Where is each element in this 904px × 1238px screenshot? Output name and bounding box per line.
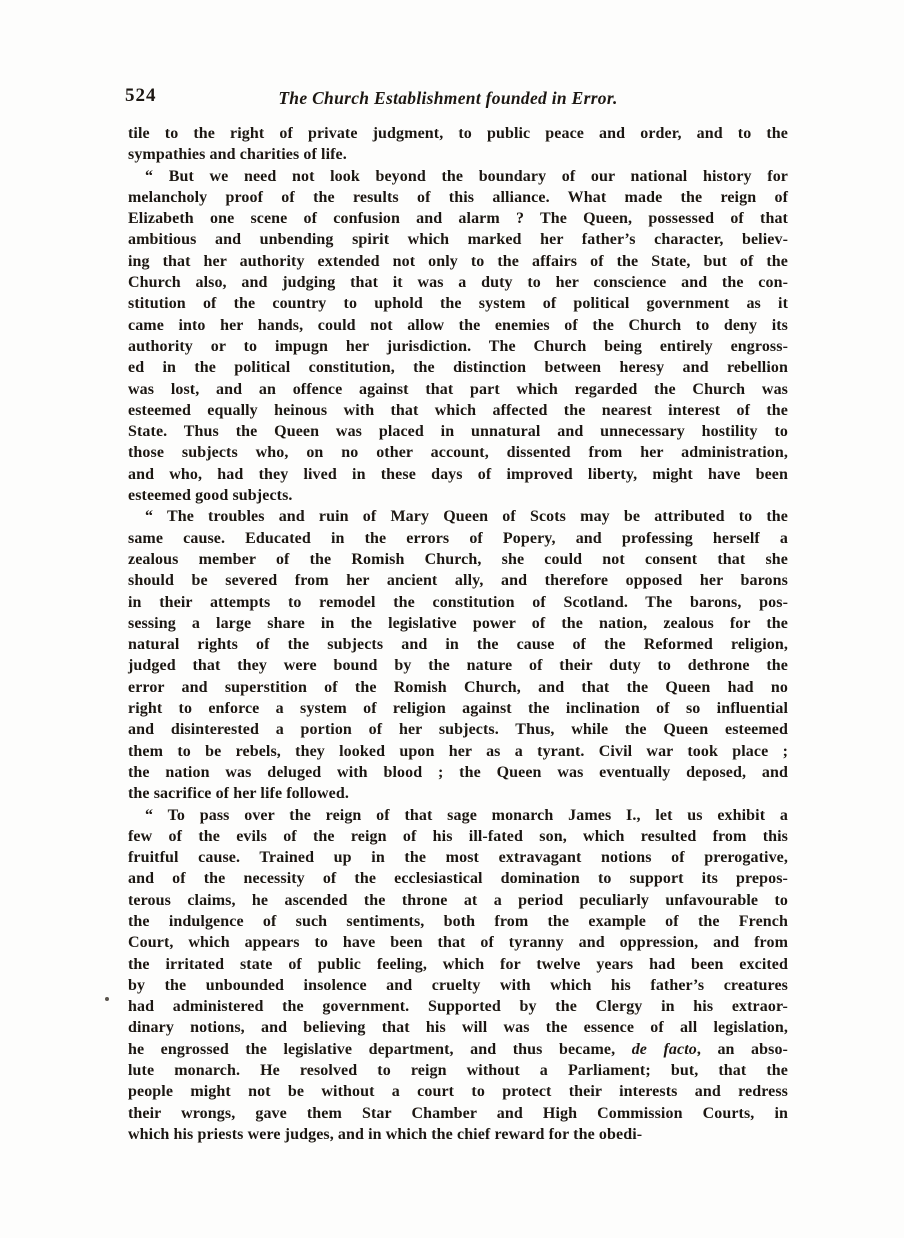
text-line: judged that they were bound by the natur… (128, 655, 788, 676)
text-line: was lost, and an offence against that pa… (128, 379, 788, 400)
text-segment: came into her hands, could not allow the… (128, 317, 788, 334)
text-line: and who, had they lived in these days of… (128, 464, 788, 485)
text-line: tile to the right of private judgment, t… (128, 123, 788, 144)
text-line: the indulgence of such sentiments, both … (128, 911, 788, 932)
text-segment: State. Thus the Queen was placed in unna… (128, 423, 788, 440)
text-line: sessing a large share in the legislative… (128, 613, 788, 634)
page-text: tile to the right of private judgment, t… (128, 123, 788, 1145)
text-line: zealous member of the Romish Church, she… (128, 549, 788, 570)
text-segment: the sacrifice of her life followed. (128, 785, 349, 802)
text-line: people might not be without a court to p… (128, 1081, 788, 1102)
text-segment: which his priests were judges, and in wh… (128, 1126, 642, 1143)
text-line: the sacrifice of her life followed. (128, 783, 788, 804)
text-line: he engrossed the legislative department,… (128, 1039, 788, 1060)
text-line: “ The troubles and ruin of Mary Queen of… (128, 506, 788, 527)
text-line: terous claims, he ascended the throne at… (128, 890, 788, 911)
italic-phrase: de facto (632, 1041, 697, 1058)
text-line: fruitful cause. Trained up in the most e… (128, 847, 788, 868)
text-line: and disinterested a portion of her subje… (128, 719, 788, 740)
text-segment: those subjects who, on no other account,… (128, 444, 788, 461)
text-segment: their wrongs, gave them Star Chamber and… (128, 1105, 788, 1122)
text-segment: few of the evils of the reign of his ill… (128, 828, 788, 845)
text-segment: sympathies and charities of life. (128, 146, 347, 163)
text-segment: and who, had they lived in these days of… (128, 466, 788, 483)
text-line: authority or to impugn her jurisdiction.… (128, 336, 788, 357)
text-segment: esteemed good subjects. (128, 487, 293, 504)
text-segment: people might not be without a court to p… (128, 1083, 788, 1100)
text-segment: terous claims, he ascended the throne at… (128, 892, 788, 909)
text-segment: esteemed equally heinous with that which… (128, 402, 788, 419)
text-line: by the unbounded insolence and cruelty w… (128, 975, 788, 996)
text-segment: by the unbounded insolence and cruelty w… (128, 977, 788, 994)
text-line: sympathies and charities of life. (128, 144, 788, 165)
text-line: the irritated state of public feeling, w… (128, 954, 788, 975)
text-line: Elizabeth one scene of confusion and ala… (128, 208, 788, 229)
text-line: ing that her authority extended not only… (128, 251, 788, 272)
text-line: stitution of the country to uphold the s… (128, 293, 788, 314)
text-segment: the irritated state of public feeling, w… (128, 956, 788, 973)
text-segment: ed in the political constitution, the di… (128, 359, 788, 376)
text-segment: zealous member of the Romish Church, she… (128, 551, 788, 568)
text-line: came into her hands, could not allow the… (128, 315, 788, 336)
text-segment: ambitious and unbending spirit which mar… (128, 231, 788, 248)
text-line: Court, which appears to have been that o… (128, 932, 788, 953)
text-segment: Church also, and judging that it was a d… (128, 274, 788, 291)
text-line: had administered the government. Support… (128, 996, 788, 1017)
text-line: same cause. Educated in the errors of Po… (128, 528, 788, 549)
book-page: 524 The Church Establishment founded in … (0, 0, 904, 1238)
text-segment: judged that they were bound by the natur… (128, 657, 788, 674)
text-line: ed in the political constitution, the di… (128, 357, 788, 378)
text-line: melancholy proof of the results of this … (128, 187, 788, 208)
text-segment: should be severed from her ancient ally,… (128, 572, 788, 589)
text-line: dinary notions, and believing that his w… (128, 1017, 788, 1038)
text-segment: and disinterested a portion of her subje… (128, 721, 788, 738)
text-line: them to be rebels, they looked upon her … (128, 741, 788, 762)
ink-speck (105, 997, 109, 1001)
text-line: natural rights of the subjects and in th… (128, 634, 788, 655)
text-segment: error and superstition of the Romish Chu… (128, 679, 788, 696)
text-line: right to enforce a system of religion ag… (128, 698, 788, 719)
text-line: those subjects who, on no other account,… (128, 442, 788, 463)
text-line: esteemed good subjects. (128, 485, 788, 506)
text-line: “ To pass over the reign of that sage mo… (128, 805, 788, 826)
text-segment: lute monarch. He resolved to reign witho… (128, 1062, 788, 1079)
text-segment: same cause. Educated in the errors of Po… (128, 530, 788, 547)
text-segment: he engrossed the legislative department,… (128, 1041, 632, 1058)
text-segment: ing that her authority extended not only… (128, 253, 788, 270)
text-segment: melancholy proof of the results of this … (128, 189, 788, 206)
text-line: lute monarch. He resolved to reign witho… (128, 1060, 788, 1081)
text-segment: the nation was deluged with blood ; the … (128, 764, 788, 781)
text-segment: natural rights of the subjects and in th… (128, 636, 788, 653)
text-line: and of the necessity of the ecclesiastic… (128, 868, 788, 889)
text-segment: Elizabeth one scene of confusion and ala… (128, 210, 788, 227)
text-segment: had administered the government. Support… (128, 998, 788, 1015)
text-segment: “ The troubles and ruin of Mary Queen of… (145, 508, 788, 525)
text-segment: the indulgence of such sentiments, both … (128, 913, 788, 930)
text-segment: and of the necessity of the ecclesiastic… (128, 870, 788, 887)
text-segment: them to be rebels, they looked upon her … (128, 743, 788, 760)
text-segment: “ But we need not look beyond the bounda… (145, 168, 788, 185)
text-segment: was lost, and an offence against that pa… (128, 381, 788, 398)
text-line: few of the evils of the reign of his ill… (128, 826, 788, 847)
text-segment: dinary notions, and believing that his w… (128, 1019, 788, 1036)
text-segment: , an abso- (697, 1041, 788, 1058)
text-line: in their attempts to remodel the constit… (128, 592, 788, 613)
text-line: should be severed from her ancient ally,… (128, 570, 788, 591)
text-segment: Court, which appears to have been that o… (128, 934, 788, 951)
text-line: ambitious and unbending spirit which mar… (128, 229, 788, 250)
text-line: which his priests were judges, and in wh… (128, 1124, 788, 1145)
text-segment: in their attempts to remodel the constit… (128, 594, 788, 611)
running-title: The Church Establishment founded in Erro… (128, 88, 768, 109)
text-line: error and superstition of the Romish Chu… (128, 677, 788, 698)
text-line: State. Thus the Queen was placed in unna… (128, 421, 788, 442)
text-segment: “ To pass over the reign of that sage mo… (145, 807, 788, 824)
text-segment: tile to the right of private judgment, t… (128, 125, 788, 142)
text-line: “ But we need not look beyond the bounda… (128, 166, 788, 187)
text-segment: authority or to impugn her jurisdiction.… (128, 338, 788, 355)
text-line: the nation was deluged with blood ; the … (128, 762, 788, 783)
text-segment: right to enforce a system of religion ag… (128, 700, 788, 717)
text-segment: stitution of the country to uphold the s… (128, 295, 788, 312)
text-segment: sessing a large share in the legislative… (128, 615, 788, 632)
text-line: esteemed equally heinous with that which… (128, 400, 788, 421)
text-line: their wrongs, gave them Star Chamber and… (128, 1103, 788, 1124)
text-segment: fruitful cause. Trained up in the most e… (128, 849, 788, 866)
text-line: Church also, and judging that it was a d… (128, 272, 788, 293)
